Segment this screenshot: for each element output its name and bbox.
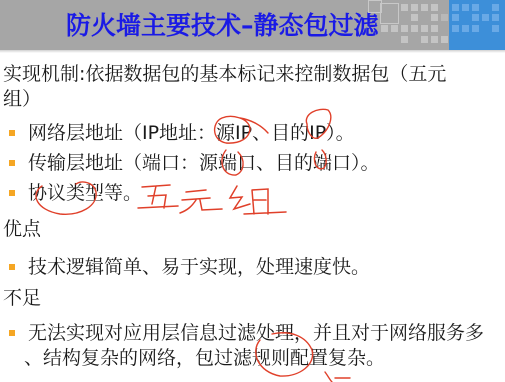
header-divider <box>0 50 505 53</box>
bullet-square-icon <box>9 130 15 136</box>
list-item: 协议类型等。 <box>28 181 142 205</box>
list-item: 网络层地址（IP地址：源IP、目的IP）。 <box>28 121 355 145</box>
mechanism-text-line2: 组） <box>3 87 41 111</box>
list-item-line1: 无法实现对应用层信息过滤处理，并且对于网络服务多 <box>28 321 484 345</box>
disadvantages-heading: 不足 <box>3 286 41 310</box>
list-item-line2: 、结构复杂的网络，包过滤规则配置复杂。 <box>24 346 385 370</box>
mechanism-text-line1: 实现机制:依据数据包的基本标记来控制数据包（五元 <box>3 62 446 86</box>
advantages-heading: 优点 <box>3 217 41 241</box>
slide-title: 防火墙主要技术–静态包过滤 <box>66 6 379 42</box>
bullet-square-icon <box>9 160 15 166</box>
bullet-square-icon <box>9 190 15 196</box>
bullet-square-icon <box>9 264 15 270</box>
decor-outline-square <box>380 3 399 24</box>
list-item: 技术逻辑简单、易于实现，处理速度快。 <box>28 255 370 279</box>
handwritten-note-five-tuple <box>138 185 286 214</box>
list-item: 传输层地址（端口：源端口、目的端口）。 <box>28 151 380 175</box>
bullet-square-icon <box>9 330 15 336</box>
slide-header: 防火墙主要技术–静态包过滤 <box>0 0 505 50</box>
